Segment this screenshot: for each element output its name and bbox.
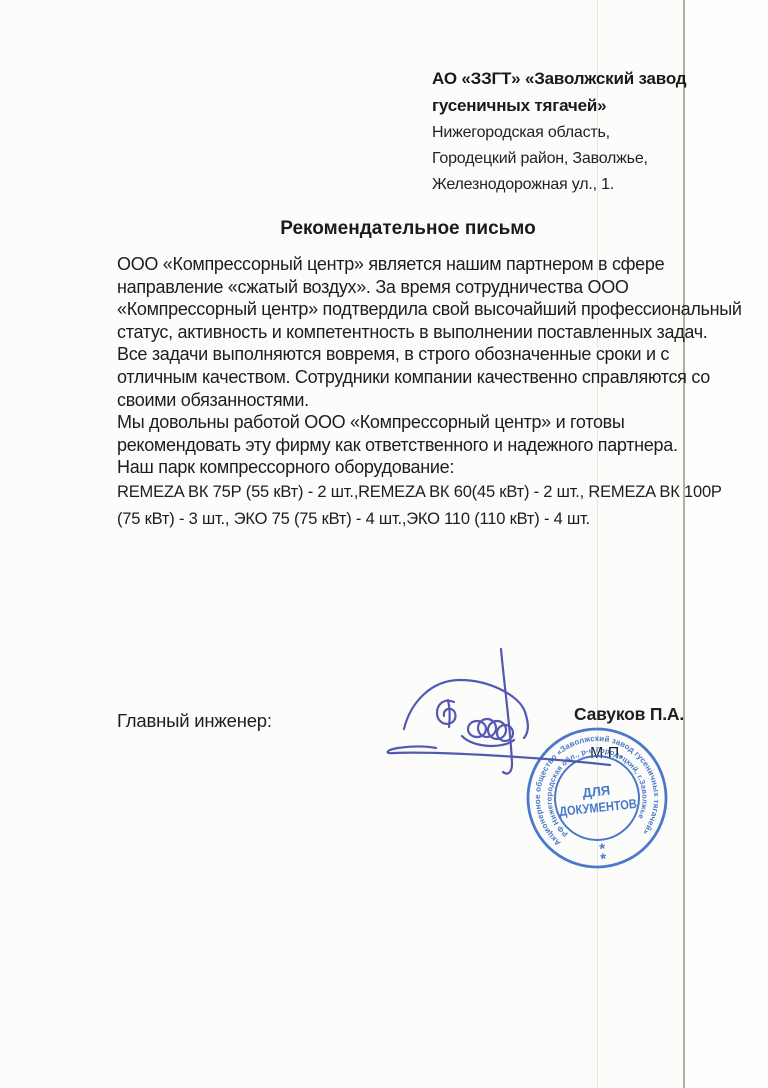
body-line: ООО «Компрессорный центр» является нашим…	[117, 253, 707, 276]
stamp-star-icon: *	[600, 850, 608, 868]
signer-role-label: Главный инженер:	[117, 710, 272, 732]
letterhead-address: Нижегородская область, Городецкий район,…	[432, 124, 648, 193]
body-line: REMEZA ВК 75Р (55 кВт) - 2 шт.,REMEZA ВК…	[117, 479, 707, 507]
body-line: отличным качеством. Сотрудники компании …	[117, 366, 707, 389]
body-line: статус, активность и компетентность в вы…	[117, 321, 707, 344]
signature-underline	[388, 747, 610, 766]
body-line: Мы довольны работой ООО «Компрессорный ц…	[117, 411, 707, 434]
signature-stroke	[437, 701, 456, 724]
body-line: рекомендовать эту фирму как ответственно…	[117, 434, 707, 457]
body-line: направление «сжатый воздух». За время со…	[117, 276, 707, 299]
scanned-letter-page: АО «ЗЗГТ» «Заволжский завод гусеничных т…	[0, 0, 768, 1088]
document-title: Рекомендательное письмо	[117, 218, 699, 240]
body-line: Все задачи выполняются вовремя, в строго…	[117, 343, 707, 366]
stamp-center-line2: ДОКУМЕНТОВ	[558, 796, 637, 819]
signature-stroke	[501, 649, 512, 774]
body-line: «Компрессорный центр» подтвердила свой в…	[117, 298, 707, 321]
body-line: (75 кВт) - 3 шт., ЭКО 75 (75 кВт) - 4 шт…	[117, 506, 707, 534]
letterhead: АО «ЗЗГТ» «Заволжский завод гусеничных т…	[432, 66, 698, 198]
handwritten-signature	[378, 628, 618, 788]
letterhead-company: АО «ЗЗГТ» «Заволжский завод гусеничных т…	[432, 69, 686, 115]
letter-body: ООО «Компрессорный центр» является нашим…	[117, 253, 707, 534]
body-line: Наш парк компрессорного оборудование:	[117, 456, 707, 479]
body-line: своими обязанностями.	[117, 389, 707, 412]
